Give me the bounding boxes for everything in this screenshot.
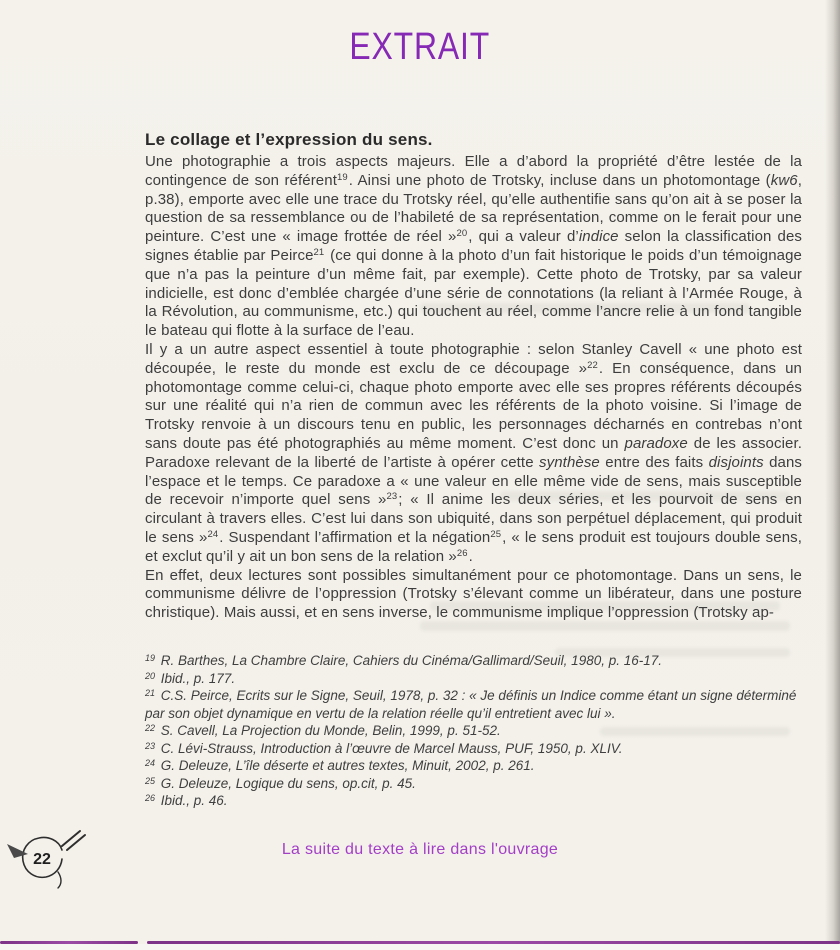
footnote-number: 23 (145, 741, 155, 751)
section-heading: Le collage et l’expression du sens. (145, 130, 802, 150)
footnote-number: 22 (145, 723, 155, 733)
doodle-tail (58, 872, 61, 888)
bottom-rule-left (0, 941, 138, 944)
article-body: Le collage et l’expression du sens. Une … (145, 130, 802, 623)
scanned-book-page: EXTRAIT Le collage et l’expression du se… (0, 0, 840, 950)
bottom-rule-right (147, 941, 840, 944)
footnote-20: 20 Ibid., p. 177. (145, 670, 807, 688)
body-paragraphs: Une photographie a trois aspects majeurs… (145, 153, 802, 623)
footer-note: La suite du texte à lire dans l'ouvrage (0, 841, 840, 859)
footnote-22: 22 S. Cavell, La Projection du Monde, Be… (145, 722, 807, 740)
footnote-number: 20 (145, 671, 155, 681)
footnote-23: 23 C. Lévi-Strauss, Introduction à l’œuv… (145, 740, 807, 758)
footnote-25: 25 G. Deleuze, Logique du sens, op.cit, … (145, 775, 807, 793)
footnote-26: 26 Ibid., p. 46. (145, 792, 807, 810)
footnote-21: 21 C.S. Peirce, Ecrits sur le Signe, Seu… (145, 687, 807, 722)
page-edge-shadow (825, 0, 840, 950)
footnotes: 19 R. Barthes, La Chambre Claire, Cahier… (145, 652, 807, 810)
page-number-doodle: 22 (4, 828, 96, 896)
footnote-number: 25 (145, 776, 155, 786)
paragraph: Une photographie a trois aspects majeurs… (145, 153, 802, 341)
footnote-19: 19 R. Barthes, La Chambre Claire, Cahier… (145, 652, 807, 670)
paragraph: Il y a un autre aspect essentiel à toute… (145, 341, 802, 567)
footnote-number: 19 (145, 653, 155, 663)
bottom-strip (0, 944, 840, 950)
footnote-number: 26 (145, 793, 155, 803)
paragraph: En effet, deux lectures sont possibles s… (145, 567, 802, 623)
footnote-24: 24 G. Deleuze, L’île déserte et autres t… (145, 757, 807, 775)
page-title: EXTRAIT (0, 26, 840, 69)
footnote-number: 24 (145, 758, 155, 768)
footnote-number: 21 (145, 688, 155, 698)
